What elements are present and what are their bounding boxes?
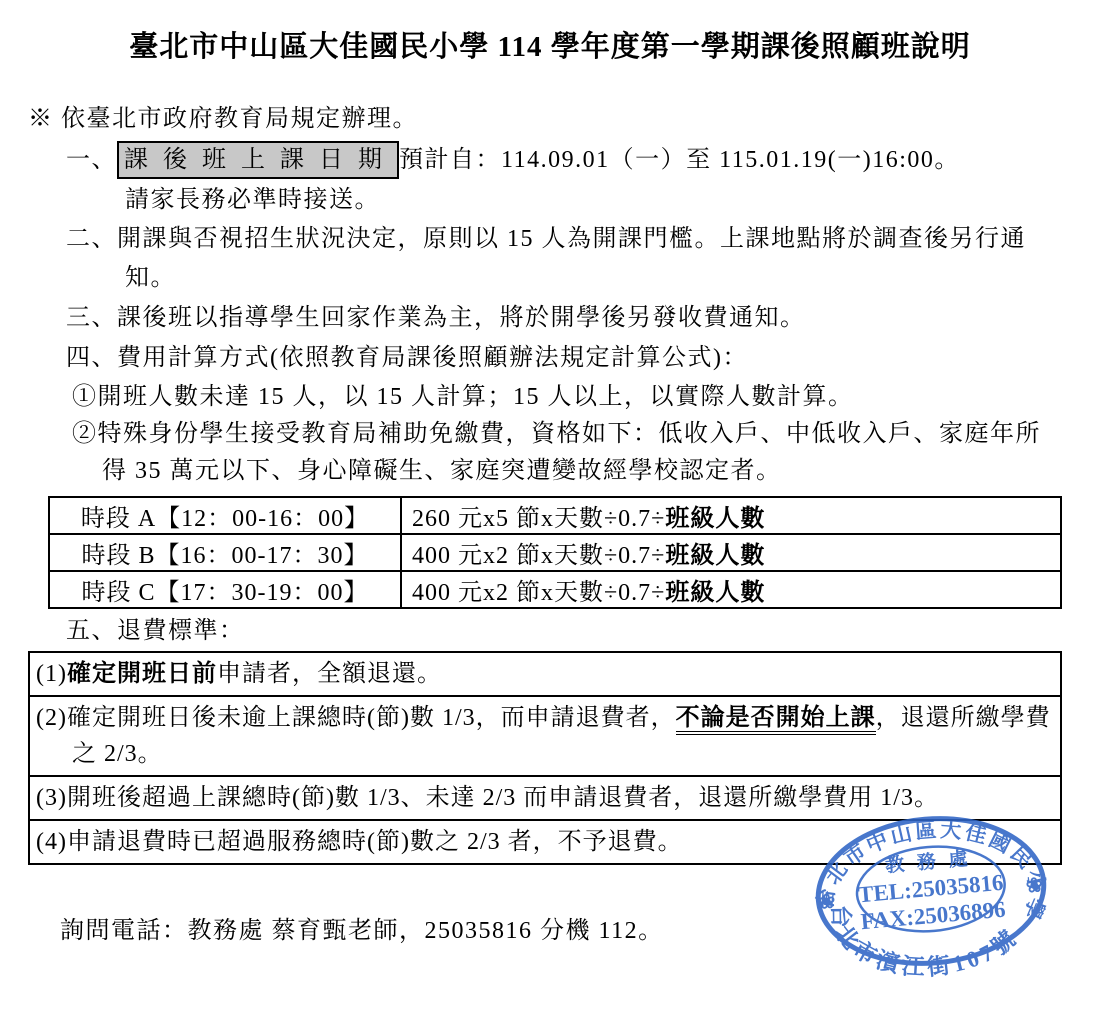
fee-formula-b-text: 400 元x2 節x天數÷0.7÷ (412, 543, 665, 569)
item-two-text: 開課與否視招生狀況決定，原則以 15 人為開課門檻。上課地點將於調查後另行通知。 (117, 226, 1026, 291)
refund-1-pre: (1) (36, 661, 67, 687)
item-one-line2: 請家長務必準時接送。 (125, 181, 1064, 219)
item-three-text: 課後班以指導學生回家作業為主，將於開學後另發收費通知。 (117, 305, 806, 331)
flower-icon: ❀ (818, 890, 837, 913)
refund-row-1: (1)確定開班日前申請者，全額退還。 (29, 652, 1061, 696)
intro-line: ※ 依臺北市政府教育局規定辦理。 (28, 101, 1064, 137)
refund-1-bold: 確定開班日前 (67, 661, 217, 687)
subitem-2: ②特殊身份學生接受教育局補助免繳費，資格如下：低收入戶、中低收入戶、家庭年所得 … (72, 416, 1064, 490)
subitem-1: ①開班人數未達 15 人，以 15 人計算；15 人以上，以實際人數計算。 (72, 379, 1064, 416)
stamp-office-label: 教 務 處 (884, 846, 972, 876)
refund-1-post: 申請者，全額退還。 (217, 661, 442, 687)
fee-formula-a: 260 元x5 節x天數÷0.7÷班級人數 (401, 497, 1061, 534)
item-five-number: 五、 (66, 618, 117, 644)
item-one: 一、課後班上課日期預計自：114.09.01（一）至 115.01.19(一)1… (66, 141, 1064, 180)
fee-formula-a-text: 260 元x5 節x天數÷0.7÷ (412, 506, 665, 532)
refund-row-2: (2)確定開班日後未逾上課總時(節)數 1/3，而申請退費者，不論是否開始上課，… (29, 696, 1061, 776)
item-five: 五、退費標準： (66, 613, 1064, 649)
fee-formula-b-bold: 班級人數 (665, 543, 765, 569)
item-two-number: 二、 (66, 226, 117, 252)
highlighted-field: 課後班上課日期 (117, 141, 399, 179)
fee-time-b: 時段 B【16：00-17：30】 (49, 534, 401, 571)
item-four-text: 費用計算方式(依照教育局課後照顧辦法規定計算公式)： (117, 345, 748, 371)
refund-2-pre: (2)確定開班日後未逾上課總時(節)數 1/3，而申請退費者， (36, 705, 676, 731)
item-two: 二、開課與否視招生狀況決定，原則以 15 人為開課門檻。上課地點將於調查後另行通… (66, 220, 1064, 298)
document-page: 臺北市中山區大佳國民小學 114 學年度第一學期課後照顧班說明 ※ 依臺北市政府… (0, 0, 1100, 949)
fee-table-row: 時段 A【12：00-16：00】 260 元x5 節x天數÷0.7÷班級人數 (49, 497, 1061, 534)
item-one-number: 一、 (66, 147, 117, 173)
fee-time-a: 時段 A【12：00-16：00】 (49, 497, 401, 534)
item-four: 四、費用計算方式(依照教育局課後照顧辦法規定計算公式)： (66, 339, 1064, 378)
fee-time-c: 時段 C【17：30-19：00】 (49, 571, 401, 608)
item-four-number: 四、 (66, 345, 117, 371)
school-office-stamp: 台北市中山區大佳國民小學 台北市濱江街107號 教 務 處 TEL:250358… (798, 798, 1098, 1011)
fee-formula-c-text: 400 元x2 節x天數÷0.7÷ (412, 580, 665, 606)
fee-formula-c-bold: 班級人數 (665, 580, 765, 606)
page-title: 臺北市中山區大佳國民小學 114 學年度第一學期課後照顧班說明 (0, 24, 1100, 65)
flower-icon: ❀ (1025, 874, 1044, 897)
item-one-text: 預計自：114.09.01（一）至 115.01.19(一)16:00。 (399, 147, 960, 173)
fee-formula-c: 400 元x2 節x天數÷0.7÷班級人數 (401, 571, 1061, 608)
fee-formula-b: 400 元x2 節x天數÷0.7÷班級人數 (401, 534, 1061, 571)
fee-table: 時段 A【12：00-16：00】 260 元x5 節x天數÷0.7÷班級人數 … (48, 496, 1062, 609)
refund-2-emphasis: 不論是否開始上課 (676, 705, 876, 735)
item-three: 三、課後班以指導學生回家作業為主，將於開學後另發收費通知。 (66, 299, 1064, 338)
item-five-text: 退費標準： (117, 618, 245, 644)
fee-table-row: 時段 B【16：00-17：30】 400 元x2 節x天數÷0.7÷班級人數 (49, 534, 1061, 571)
fee-formula-a-bold: 班級人數 (665, 506, 765, 532)
fee-table-row: 時段 C【17：30-19：00】 400 元x2 節x天數÷0.7÷班級人數 (49, 571, 1061, 608)
item-three-number: 三、 (66, 305, 117, 331)
